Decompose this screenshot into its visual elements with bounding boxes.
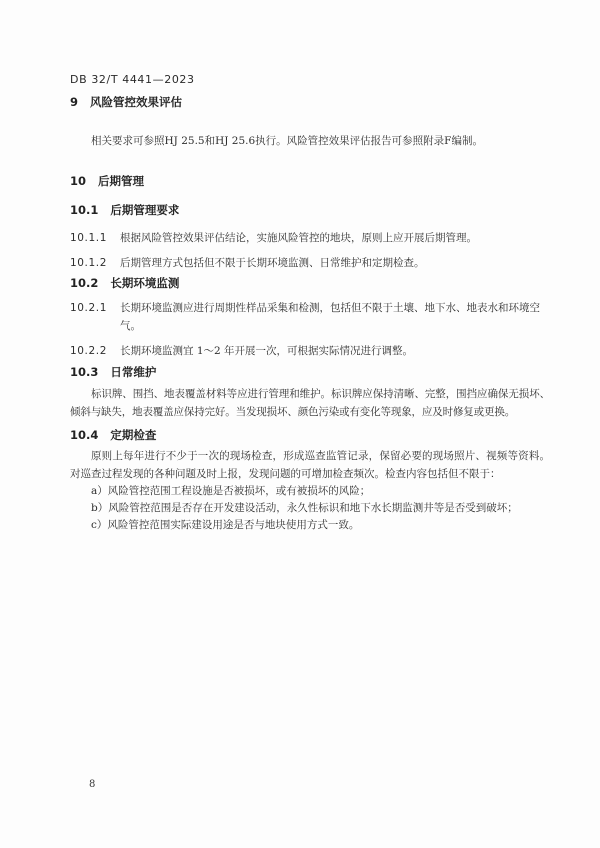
section-10-4-title: 定期检查 bbox=[110, 428, 156, 442]
section-10-2-number: 10.2 bbox=[70, 276, 98, 290]
list-item-c: c）风险管控范围实际建设用途是否与地块使用方式一致。 bbox=[91, 517, 550, 534]
section-10-3-number: 10.3 bbox=[70, 365, 98, 379]
inspection-item-list: a）风险管控范围工程设施是否被损坏，或有被损坏的风险； b）风险管控范围是否存在… bbox=[70, 483, 550, 534]
clause-10-1-2: 10.1.2 后期管理方式包括但不限于长期环境监测、日常维护和定期检查。 bbox=[70, 254, 550, 272]
section-10-number: 10 bbox=[70, 174, 86, 189]
standard-document-page: DB 32/T 4441—2023 9 风险管控效果评估 相关要求可参照HJ 2… bbox=[0, 0, 600, 848]
section-9-number: 9 bbox=[70, 95, 78, 109]
clause-10-1-1-text: 根据风险管控效果评估结论，实施风险管控的地块，原则上应开展后期管理。 bbox=[120, 229, 477, 247]
section-10-3-paragraph: 标识牌、围挡、地表覆盖材料等应进行管理和维护。标识牌应保持清晰、完整，围挡应确保… bbox=[70, 385, 550, 421]
section-9-heading: 9 风险管控效果评估 bbox=[70, 95, 550, 109]
clause-10-2-1-number: 10.2.1 bbox=[70, 299, 107, 317]
heading-gap bbox=[98, 365, 110, 379]
heading-gap bbox=[98, 276, 110, 290]
section-10-1-number: 10.1 bbox=[70, 203, 98, 217]
heading-gap bbox=[78, 95, 90, 109]
section-10-4-paragraph: 原则上每年进行不少于一次的现场检查，形成巡查监管记录，保留必要的现场照片、视频等… bbox=[70, 447, 550, 483]
standard-code-header: DB 32/T 4441—2023 bbox=[70, 73, 550, 86]
clause-10-2-1-text: 长期环境监测应进行周期性样品采集和检测，包括但不限于土壤、地下水、地表水和环境空… bbox=[120, 299, 550, 335]
section-10-2-heading: 10.2 长期环境监测 bbox=[70, 276, 550, 290]
section-10-heading: 10 后期管理 bbox=[70, 174, 550, 189]
list-item-a: a）风险管控范围工程设施是否被损坏，或有被损坏的风险； bbox=[91, 483, 550, 500]
section-10-3-heading: 10.3 日常维护 bbox=[70, 365, 550, 379]
section-9-title: 风险管控效果评估 bbox=[90, 95, 182, 109]
section-10-2-title: 长期环境监测 bbox=[110, 276, 179, 290]
section-9-paragraph: 相关要求可参照HJ 25.5和HJ 25.6执行。风险管控效果评估报告可参照附录… bbox=[70, 132, 550, 150]
clause-10-2-2: 10.2.2 长期环境监测宜 1～2 年开展一次，可根据实际情况进行调整。 bbox=[70, 342, 550, 360]
section-10-4-number: 10.4 bbox=[70, 428, 98, 442]
clause-10-1-2-number: 10.1.2 bbox=[70, 254, 107, 272]
section-10-3-title: 日常维护 bbox=[110, 365, 156, 379]
section-10-4-heading: 10.4 定期检查 bbox=[70, 428, 550, 442]
heading-gap bbox=[98, 203, 110, 217]
clause-10-2-2-text: 长期环境监测宜 1～2 年开展一次，可根据实际情况进行调整。 bbox=[120, 342, 413, 360]
page-number: 8 bbox=[89, 779, 95, 791]
clause-10-2-2-number: 10.2.2 bbox=[70, 342, 107, 360]
clause-10-1-2-text: 后期管理方式包括但不限于长期环境监测、日常维护和定期检查。 bbox=[120, 254, 425, 272]
clause-10-1-1: 10.1.1 根据风险管控效果评估结论，实施风险管控的地块，原则上应开展后期管理… bbox=[70, 229, 550, 247]
clause-10-1-1-number: 10.1.1 bbox=[70, 229, 107, 247]
heading-gap bbox=[98, 428, 110, 442]
list-item-b: b）风险管控范围是否存在开发建设活动，永久性标识和地下水长期监测井等是否受到破坏… bbox=[91, 500, 550, 517]
section-10-1-title: 后期管理要求 bbox=[110, 203, 179, 217]
section-10-1-heading: 10.1 后期管理要求 bbox=[70, 203, 550, 217]
section-10-title: 后期管理 bbox=[98, 174, 144, 189]
heading-gap bbox=[86, 174, 98, 189]
clause-10-2-1: 10.2.1 长期环境监测应进行周期性样品采集和检测，包括但不限于土壤、地下水、… bbox=[70, 299, 550, 335]
